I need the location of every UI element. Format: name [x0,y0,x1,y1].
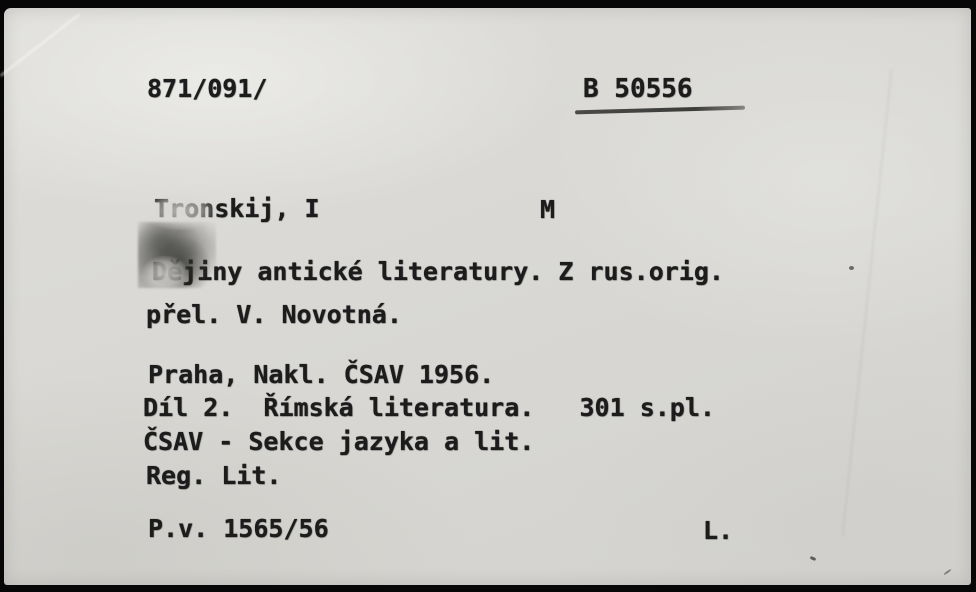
paper-crease-corner [0,13,80,76]
ink-speck [943,569,952,576]
shelf-mark: B 50556 [583,74,693,104]
librarian-initial: L. [703,516,733,545]
catalog-card: 871/091/ B 50556 Tronskij, I M Dějiny an… [4,8,971,585]
call-number: 871/091/ [147,74,267,103]
scanned-catalog-card-image: 871/091/ B 50556 Tronskij, I M Dějiny an… [0,0,976,592]
accession-number: P.v. 1565/56 [148,514,329,543]
shelf-mark-underline [575,106,745,115]
ink-speck [810,556,817,561]
volume-line: Díl 2. Římská literatura. 301 s.pl. [143,393,715,422]
annotation-letter: M [540,195,555,224]
erasure-smudge-title [142,256,188,292]
title-line-2: přel. V. Novotná. [146,300,402,329]
title-line-1: Dějiny antické literatury. Z rus.orig. [152,257,724,286]
imprint-line: Praha, Nakl. ČSAV 1956. [148,360,494,389]
erasure-smudge-author [144,192,216,230]
paper-crease-right [841,69,892,537]
register-line: Reg. Lit. [146,461,281,490]
ink-speck [849,266,854,270]
series-line: ČSAV - Sekce jazyka a lit. [143,427,534,456]
